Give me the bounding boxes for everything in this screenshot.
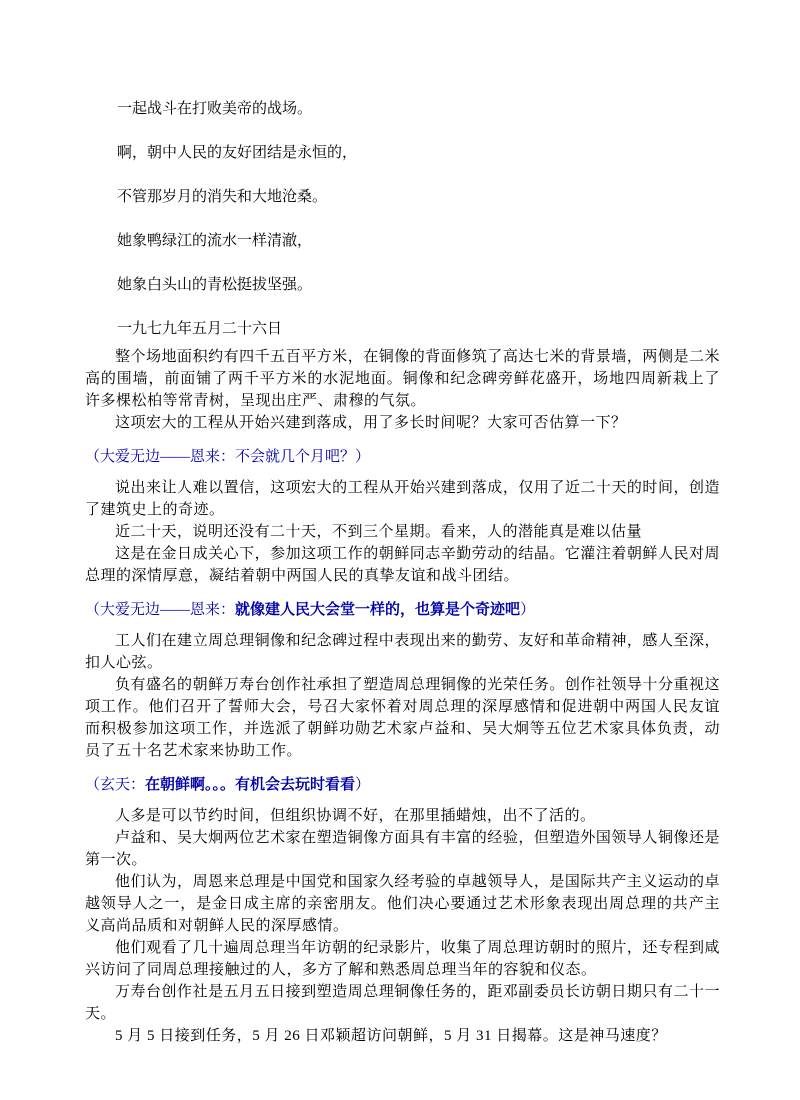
poem-line: 她象鸭绿江的流水一样清澈， [117, 230, 720, 252]
annotation-comment: 就像建人民大会堂一样的，也算是个奇迹吧 [235, 602, 520, 618]
paragraph: 人多是可以节约时间，但组织协调不好，在那里插蜡烛，出不了活的。 [85, 805, 720, 827]
paragraph: 他们认为，周恩来总理是中国党和国家久经考验的卓越领导人，是国际共产主义运动的卓越… [85, 871, 720, 937]
paragraph: 卢益和、吴大炯两位艺术家在塑造铜像方面具有丰富的经验，但塑造外国领导人铜像还是第… [85, 827, 720, 871]
paragraph: 整个场地面积约有四千五百平方米，在铜像的背面修筑了高达七米的背景墙，两侧是二米高… [85, 346, 720, 412]
paragraph: 工人们在建立周总理铜像和纪念碑过程中表现出来的勤劳、友好和革命精神，感人至深，扣… [85, 630, 720, 674]
annotation-prefix: （大爱无边——恩来： [85, 602, 235, 618]
annotation-prefix: （玄天： [85, 777, 145, 793]
annotation-line: （大爱无边——恩来：不会就几个月吧？） [85, 446, 720, 468]
annotation-comment: 在朝鲜啊。。。有机会去玩时看看 [145, 777, 355, 793]
paragraph: 5 月 5 日接到任务，5 月 26 日邓颖超访问朝鲜，5 月 31 日揭幕。这… [85, 1025, 720, 1047]
paragraph: 说出来让人难以置信，这项宏大的工程从开始兴建到落成，仅用了近二十天的时间，创造了… [85, 477, 720, 521]
poem-line: 啊，朝中人民的友好团结是永恒的， [117, 142, 720, 164]
annotation-line: （大爱无边——恩来：就像建人民大会堂一样的，也算是个奇迹吧） [85, 599, 720, 621]
poem-line: 不管那岁月的消失和大地沧桑。 [117, 186, 720, 208]
annotation-line: （玄天：在朝鲜啊。。。有机会去玩时看看） [85, 774, 720, 796]
document-page: 一起战斗在打败美帝的战场。 啊，朝中人民的友好团结是永恒的， 不管那岁月的消失和… [0, 0, 800, 1100]
paragraph: 这是在金日成关心下，参加这项工作的朝鲜同志辛勤劳动的结晶。它灌注着朝鲜人民对周总… [85, 543, 720, 587]
annotation-suffix: ） [520, 602, 535, 618]
annotation-suffix: ） [355, 449, 370, 465]
poem-line: 一起战斗在打败美帝的战场。 [117, 98, 720, 120]
annotation-prefix: （大爱无边——恩来： [85, 449, 235, 465]
paragraph: 他们观看了几十遍周总理当年访朝的纪录影片，收集了周总理访朝时的照片，还专程到咸兴… [85, 937, 720, 981]
paragraph: 近二十天，说明还没有二十天，不到三个星期。看来，人的潜能真是难以估量 [85, 521, 720, 543]
poem-line: 她象白头山的青松挺拔坚强。 [117, 274, 720, 296]
paragraph: 万寿台创作社是五月五日接到塑造周总理铜像任务的，距邓副委员长访朝日期只有二十一天… [85, 981, 720, 1025]
date-line: 一九七九年五月二十六日 [117, 318, 720, 340]
paragraph: 负有盛名的朝鲜万寿台创作社承担了塑造周总理铜像的光荣任务。创作社领导十分重视这项… [85, 674, 720, 762]
annotation-comment: 不会就几个月吧？ [235, 449, 355, 465]
annotation-suffix: ） [355, 777, 370, 793]
paragraph: 这项宏大的工程从开始兴建到落成，用了多长时间呢？大家可否估算一下？ [85, 412, 720, 434]
